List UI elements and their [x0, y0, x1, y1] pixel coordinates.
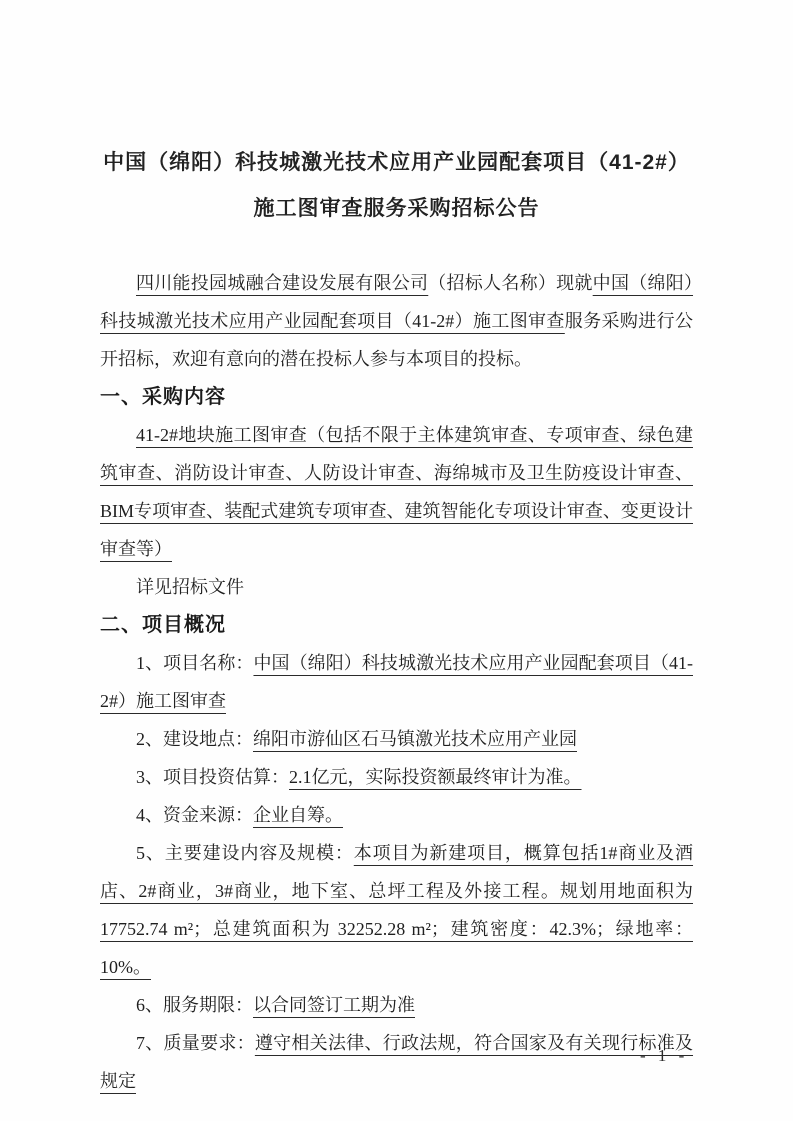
- intro-plain-segment: （招标人名称）现就: [428, 273, 592, 293]
- document-content: 中国（绵阳）科技城激光技术应用产业园配套项目（41-2#） 施工图审查服务采购招…: [100, 140, 693, 1100]
- overview-item: 7、质量要求：遵守相关法律、行政法规，符合国家及有关现行标准及规定: [100, 1024, 693, 1100]
- document-title: 中国（绵阳）科技城激光技术应用产业园配套项目（41-2#） 施工图审查服务采购招…: [100, 140, 693, 232]
- page-number: - 1 -: [640, 1046, 688, 1066]
- overview-item: 3、项目投资估算：2.1亿元，实际投资额最终审计为准。: [100, 758, 693, 796]
- overview-item-label: 4、资金来源：: [136, 805, 253, 825]
- overview-item: 6、服务期限：以合同签订工期为准: [100, 986, 693, 1024]
- overview-item-value: 企业自筹。: [253, 805, 343, 825]
- overview-item-label: 3、项目投资估算：: [136, 767, 289, 787]
- document-page: 中国（绵阳）科技城激光技术应用产业园配套项目（41-2#） 施工图审查服务采购招…: [0, 0, 793, 1121]
- overview-item: 4、资金来源：企业自筹。: [100, 796, 693, 834]
- intro-paragraph: 四川能投园城融合建设发展有限公司（招标人名称）现就中国（绵阳）科技城激光技术应用…: [100, 264, 693, 378]
- overview-item-label: 5、主要建设内容及规模：: [136, 843, 354, 863]
- overview-item-value: 2.1亿元，实际投资额最终审计为准。: [289, 767, 582, 787]
- overview-item: 2、建设地点：绵阳市游仙区石马镇激光技术应用产业园: [100, 720, 693, 758]
- overview-item-value: 本项目为新建项目，概算包括1#商业及酒店、2#商业，3#商业，地下室、总坪工程及…: [100, 843, 693, 977]
- section2-heading: 二、项目概况: [100, 606, 693, 644]
- overview-item-label: 6、服务期限：: [136, 995, 253, 1015]
- project-overview-list: 1、项目名称：中国（绵阳）科技城激光技术应用产业园配套项目（41-2#）施工图审…: [100, 644, 693, 1100]
- overview-item: 5、主要建设内容及规模：本项目为新建项目，概算包括1#商业及酒店、2#商业，3#…: [100, 834, 693, 986]
- section1-scope-text: 41-2#地块施工图审查（包括不限于主体建筑审查、专项审查、绿色建筑审查、消防设…: [100, 425, 693, 559]
- overview-item: 1、项目名称：中国（绵阳）科技城激光技术应用产业园配套项目（41-2#）施工图审…: [100, 644, 693, 720]
- overview-item-label: 2、建设地点：: [136, 729, 253, 749]
- overview-item-value: 以合同签订工期为准: [253, 995, 415, 1015]
- intro-underlined-segment: 四川能投园城融合建设发展有限公司: [136, 273, 428, 293]
- document-body: 四川能投园城融合建设发展有限公司（招标人名称）现就中国（绵阳）科技城激光技术应用…: [100, 264, 693, 1100]
- overview-item-label: 7、质量要求：: [136, 1033, 255, 1053]
- section1-heading: 一、采购内容: [100, 378, 693, 416]
- section1-note: 详见招标文件: [100, 568, 693, 606]
- section1-scope-paragraph: 41-2#地块施工图审查（包括不限于主体建筑审查、专项审查、绿色建筑审查、消防设…: [100, 416, 693, 568]
- overview-item-label: 1、项目名称：: [136, 653, 253, 673]
- title-line-1: 中国（绵阳）科技城激光技术应用产业园配套项目（41-2#）: [100, 140, 693, 186]
- title-line-2: 施工图审查服务采购招标公告: [100, 186, 693, 232]
- overview-item-value: 绵阳市游仙区石马镇激光技术应用产业园: [253, 729, 577, 749]
